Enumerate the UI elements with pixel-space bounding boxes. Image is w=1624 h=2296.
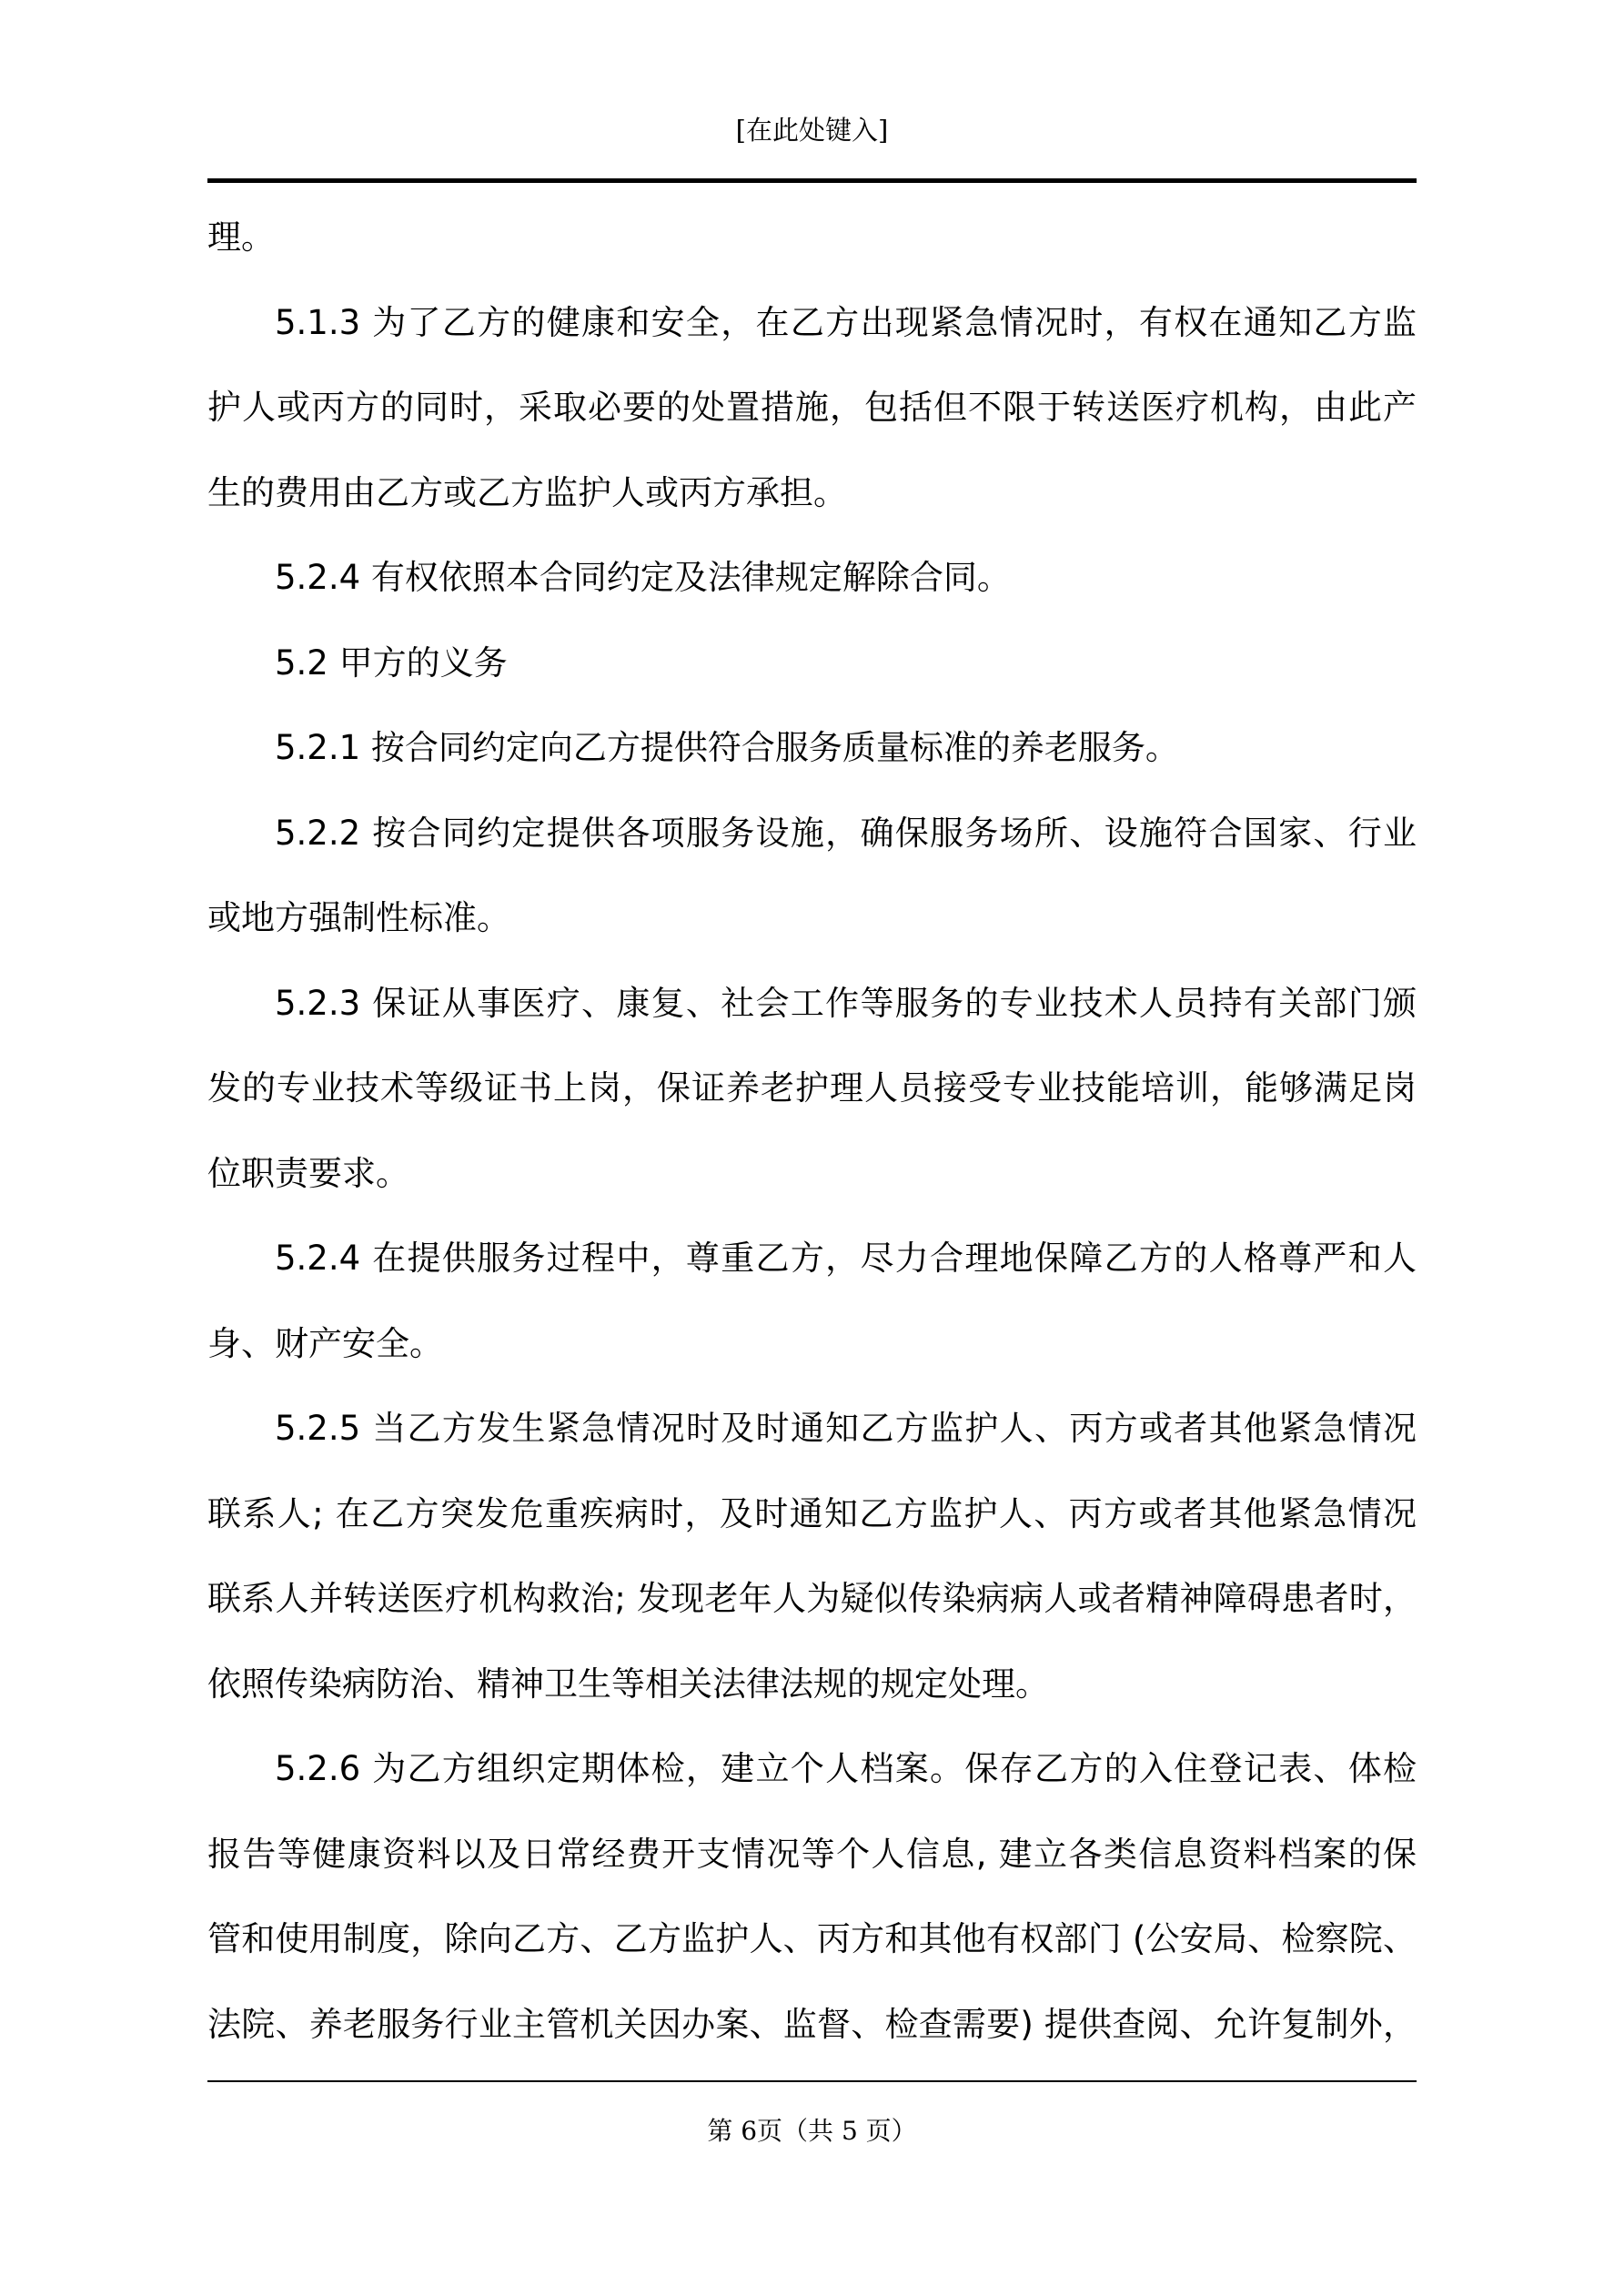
text-line: 5.2.2 按合同约定提供各项服务设施，确保服务场所、设施符合国家、行业 bbox=[207, 791, 1417, 876]
header-placeholder-text: [在此处键入] bbox=[0, 115, 1624, 146]
text-line: 5.2.6 为乙方组织定期体检，建立个人档案。保存乙方的入住登记表、体检 bbox=[207, 1726, 1417, 1812]
text-line: 5.2.1 按合同约定向乙方提供符合服务质量标准的养老服务。 bbox=[207, 705, 1417, 791]
text-line: 5.2.5 当乙方发生紧急情况时及时通知乙方监护人、丙方或者其他紧急情况 bbox=[207, 1386, 1417, 1472]
footer-rule bbox=[207, 2080, 1417, 2082]
text-line: 联系人; 在乙方突发危重疾病时，及时通知乙方监护人、丙方或者其他紧急情况 bbox=[207, 1472, 1417, 1557]
text-line: 5.2 甲方的义务 bbox=[207, 621, 1417, 706]
text-line: 5.2.4 在提供服务过程中，尊重乙方，尽力合理地保障乙方的人格尊严和人 bbox=[207, 1216, 1417, 1301]
page-number: 第 6页（共 5 页） bbox=[0, 2113, 1624, 2149]
text-line: 发的专业技术等级证书上岗，保证养老护理人员接受专业技能培训，能够满足岗 bbox=[207, 1046, 1417, 1131]
text-line: 位职责要求。 bbox=[207, 1131, 1417, 1217]
text-line: 护人或丙方的同时，采取必要的处置措施，包括但不限于转送医疗机构，由此产 bbox=[207, 365, 1417, 450]
header-rule bbox=[207, 178, 1417, 183]
text-line: 5.2.3 保证从事医疗、康复、社会工作等服务的专业技术人员持有关部门颁 bbox=[207, 961, 1417, 1047]
text-line: 5.2.4 有权依照本合同约定及法律规定解除合同。 bbox=[207, 535, 1417, 621]
document-page: [在此处键入] 理。5.1.3 为了乙方的健康和安全，在乙方出现紧急情况时，有权… bbox=[0, 0, 1624, 2296]
text-line: 法院、养老服务行业主管机关因办案、监督、检查需要) 提供查阅、允许复制外， bbox=[207, 1982, 1417, 2068]
text-line: 或地方强制性标准。 bbox=[207, 875, 1417, 961]
text-line: 联系人并转送医疗机构救治; 发现老年人为疑似传染病病人或者精神障碍患者时， bbox=[207, 1556, 1417, 1642]
document-body: 理。5.1.3 为了乙方的健康和安全，在乙方出现紧急情况时，有权在通知乙方监护人… bbox=[207, 195, 1417, 2067]
text-line: 生的费用由乙方或乙方监护人或丙方承担。 bbox=[207, 450, 1417, 536]
text-line: 理。 bbox=[207, 195, 1417, 280]
text-line: 依照传染病防治、精神卫生等相关法律法规的规定处理。 bbox=[207, 1642, 1417, 1727]
text-line: 报告等健康资料以及日常经费开支情况等个人信息, 建立各类信息资料档案的保 bbox=[207, 1812, 1417, 1897]
text-line: 管和使用制度，除向乙方、乙方监护人、丙方和其他有权部门 (公安局、检察院、 bbox=[207, 1896, 1417, 1982]
text-line: 身、财产安全。 bbox=[207, 1301, 1417, 1387]
text-line: 5.1.3 为了乙方的健康和安全，在乙方出现紧急情况时，有权在通知乙方监 bbox=[207, 280, 1417, 366]
